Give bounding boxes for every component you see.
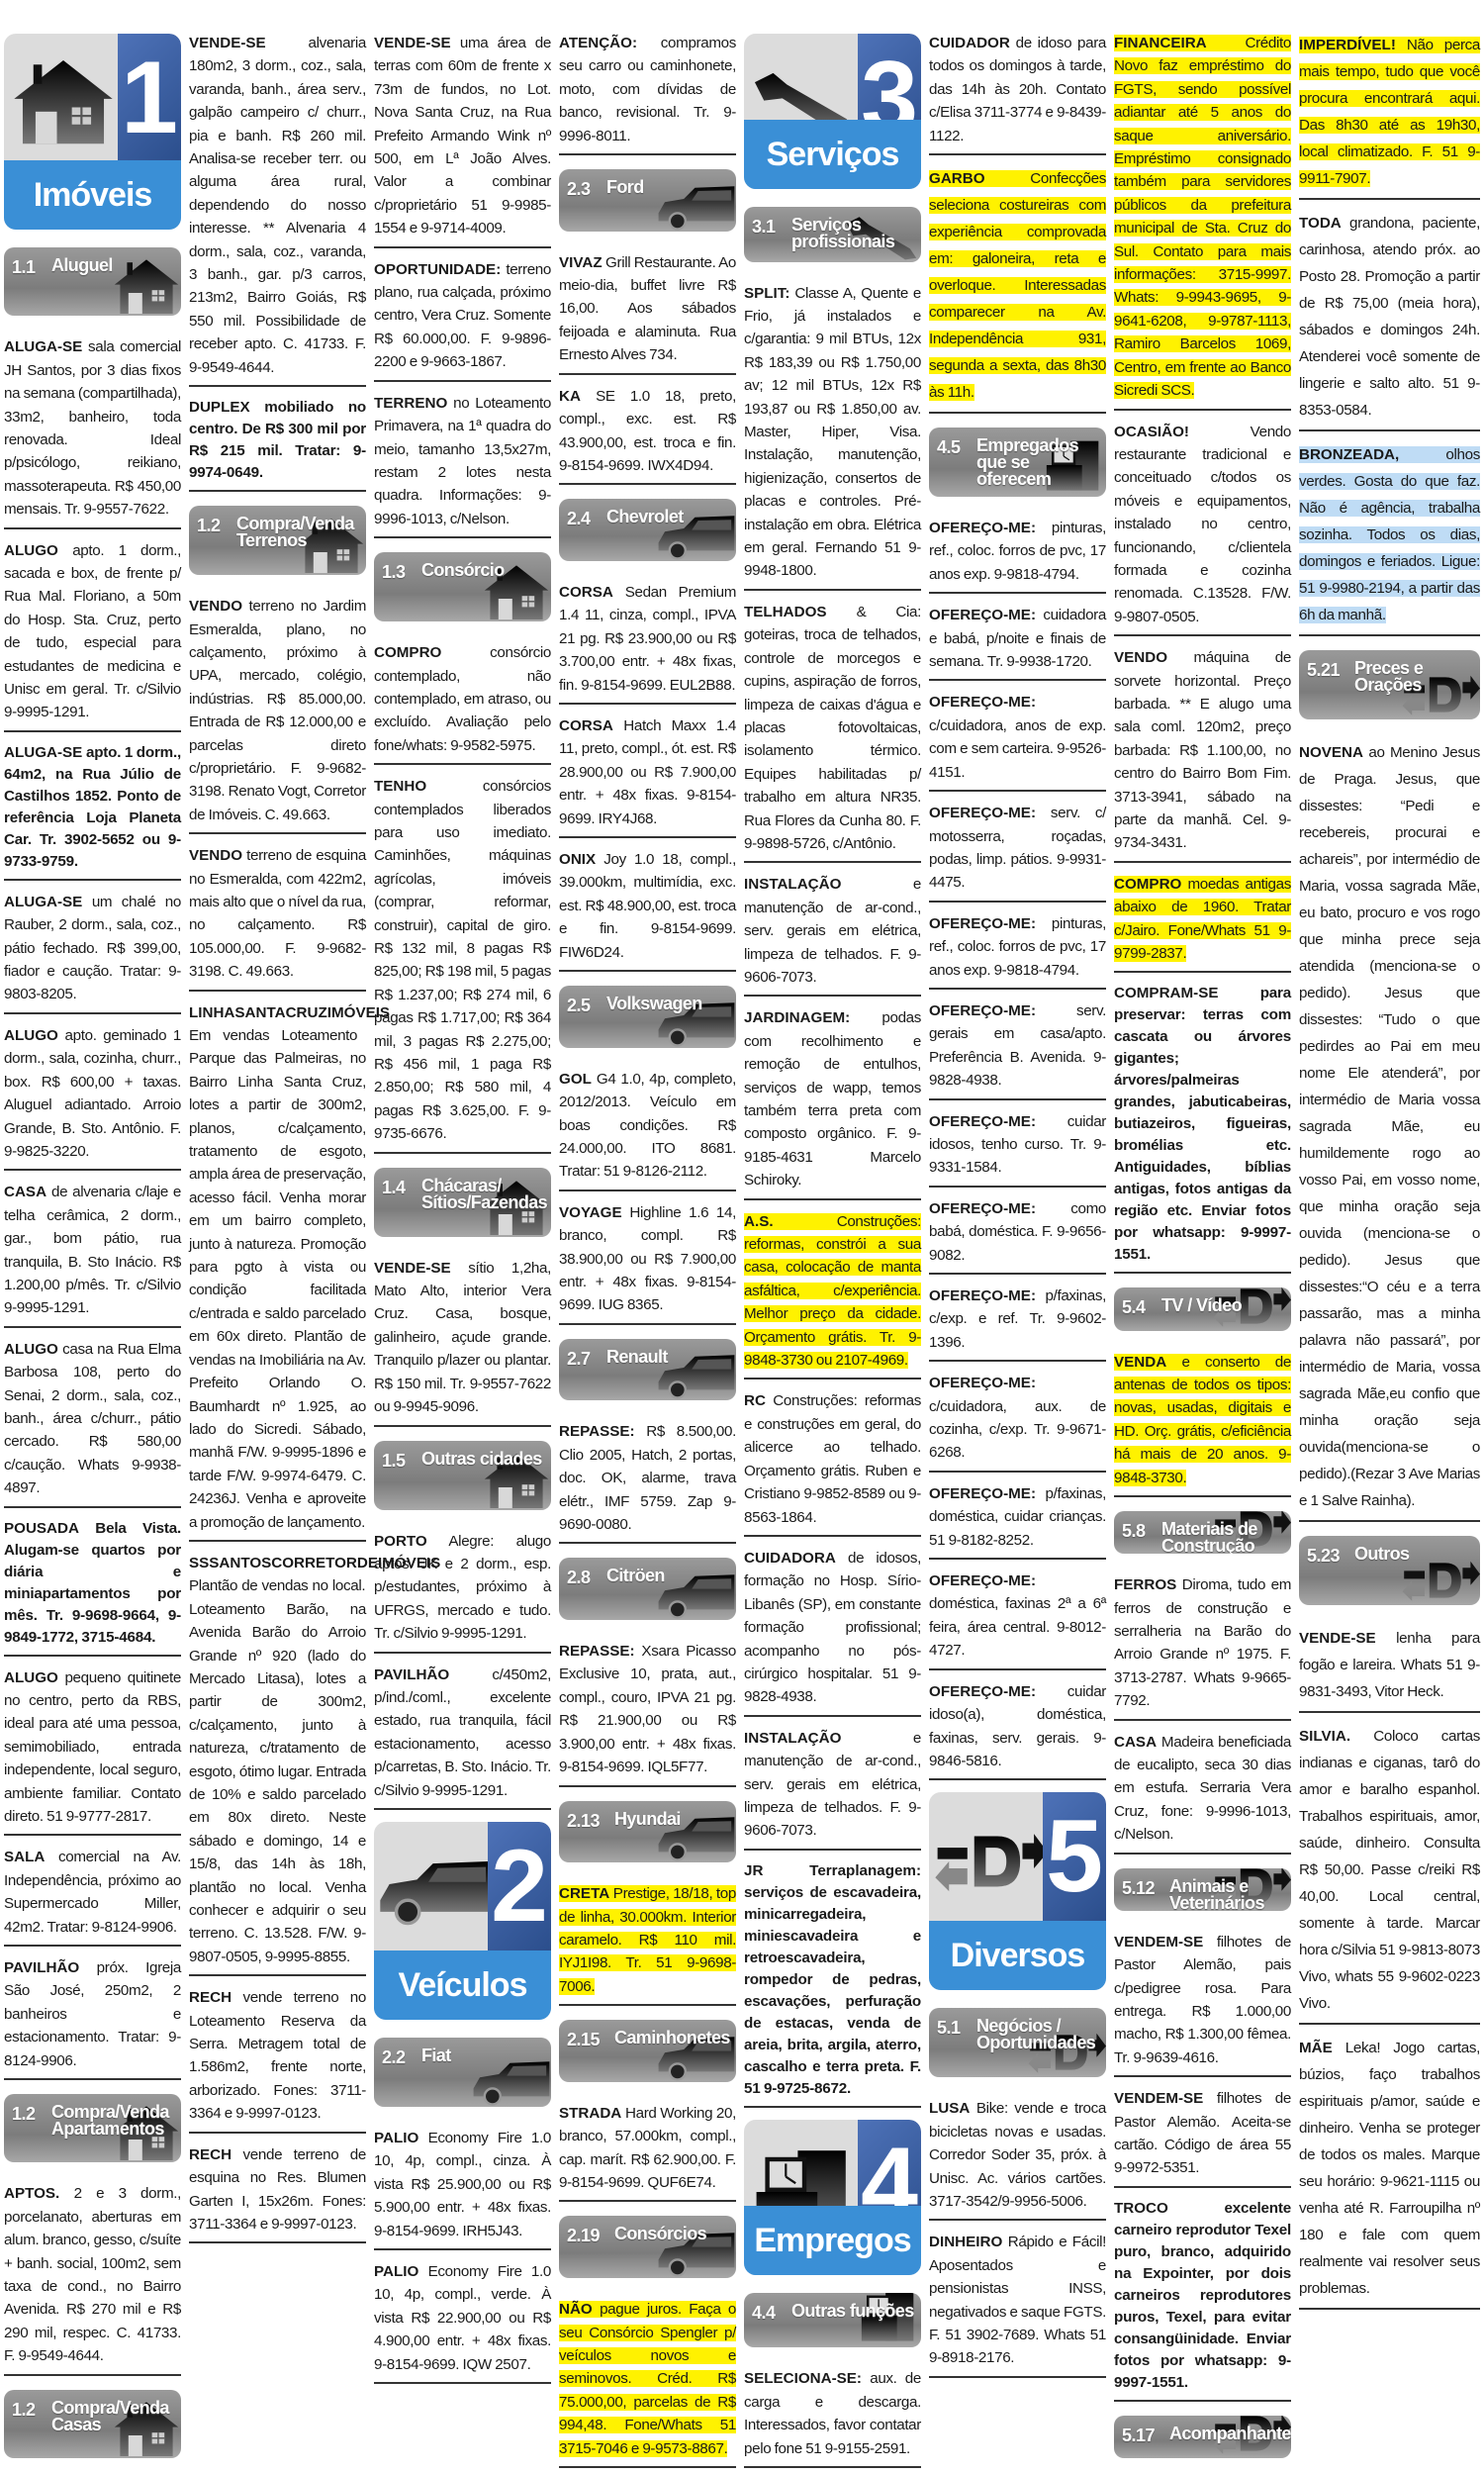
classified-ad: ONIX Joy 1.0 18, compl., 39.000km, multi… — [559, 844, 736, 972]
classified-ad: SSSANTOSCORRETORDEIMÓVEIS Plantão de ven… — [189, 1548, 366, 1976]
classified-ad: ALUGA-SE sala comercial JH Santos, por 3… — [4, 332, 181, 528]
section-header-empregos[interactable]: 4 Empregos — [744, 2120, 921, 2275]
subsection-title: Aluguel — [51, 257, 113, 274]
classified-ad: VENDO terreno no Jardim Esmeralda, plano… — [189, 591, 366, 834]
classified-ad: SELECIONA-SE: aux. de carga e descarga. … — [744, 2363, 921, 2468]
classified-ad: APTOS. 2 e 3 dorm., porcelanato, abertur… — [4, 2178, 181, 2375]
subsection-header-chacaras[interactable]: 1.4 Chácaras/ Sítios/Fazendas — [374, 1168, 551, 1237]
subsection-header-chevrolet[interactable]: 2.4 Chevrolet — [559, 499, 736, 561]
classified-ad: PAVILHÃO c/450m2, p/ind./coml., excelent… — [374, 1660, 551, 1810]
classified-ad: CUIDADORA de idosos, formação no Hosp. S… — [744, 1543, 921, 1717]
subsection-header-tv-video[interactable]: 5.4 TV / Vídeo — [1114, 1287, 1291, 1330]
subsection-header-terrenos[interactable]: 1.2 Compra/Venda Terrenos — [189, 506, 366, 575]
classified-ad: LINHASANTACRUZIMÓVEIS Em vendas Loteamen… — [189, 998, 366, 1542]
subsection-header-casas[interactable]: 1.2 Compra/Venda Casas — [4, 2390, 181, 2458]
classified-ad: VENDE-SE alvenaria 180m2, 3 dorm., coz.,… — [189, 28, 366, 387]
subsection-number: 1.1 — [12, 257, 36, 278]
section-header-servicos[interactable]: 3 Serviços — [744, 34, 921, 189]
classified-ad: TENHO consórcios contemplados liberados … — [374, 771, 551, 1154]
classified-ad: OFEREÇO-ME: c/cuidadora, aux. de cozinha… — [929, 1368, 1106, 1473]
car-icon — [374, 1822, 493, 1951]
classified-ad: GOL G4 1.0, 4p, completo, 2012/2013. Veí… — [559, 1064, 736, 1191]
subsection-header-apartamentos[interactable]: 1.2 Compra/Venda Apartamentos — [4, 2094, 181, 2162]
classified-ad: BRONZEADA, olhos verdes. Gosta do que fa… — [1299, 437, 1480, 636]
classified-ad: OFEREÇO-ME: cuidadora e babá, p/noite e … — [929, 600, 1106, 681]
classified-ad: ALUGO pequeno quitinete no centro, perto… — [4, 1663, 181, 1837]
classified-ad: LUSA Bike: vende e troca bicicletas nova… — [929, 2093, 1106, 2221]
section-title: Imóveis — [4, 160, 181, 230]
classified-ad: OFEREÇO-ME: pinturas, ref., coloc. forro… — [929, 908, 1106, 990]
classified-ad: OFEREÇO-ME: como babá, doméstica. F. 9-9… — [929, 1193, 1106, 1275]
classified-ad: OFEREÇO-ME: pinturas, ref., coloc. forro… — [929, 513, 1106, 594]
subsection-header-renault[interactable]: 2.7 Renault — [559, 1339, 736, 1401]
classified-ad: SPLIT: Classe A, Quente e Frio, já insta… — [744, 278, 921, 591]
classified-ad: COMPRO consórcio contemplado, não contem… — [374, 637, 551, 765]
car-icon — [472, 2057, 551, 2107]
classified-ad: VENDO máquina de sorvete horizontal. Pre… — [1114, 642, 1291, 863]
classified-ad: VENDE-SE lenha para fogão e lareira. Wha… — [1299, 1621, 1480, 1713]
classified-ad: VENDEM-SE filhotes de Pastor Alemão. Ace… — [1114, 2083, 1291, 2188]
classified-ad: INSTALAÇÃO e manutenção de ar-cond., ser… — [744, 1723, 921, 1851]
classified-ad: CASA Madeira beneficiada de eucalipto, s… — [1114, 1727, 1291, 1855]
column-8: IMPERDÍVEL! Não perca mais tempo, tudo q… — [1299, 28, 1480, 2474]
classified-ad: VOYAGE Highline 1.6 14, branco, compl. R… — [559, 1197, 736, 1325]
classified-ad: RECH vende terreno de esquina no Res. Bl… — [189, 2140, 366, 2244]
classified-ad: OFEREÇO-ME: p/faxinas, doméstica, cuidar… — [929, 1478, 1106, 1560]
classified-ad: OFEREÇO-ME: cuidar idosos, tenho curso. … — [929, 1106, 1106, 1188]
subsection-header-volkswagen[interactable]: 2.5 Volkswagen — [559, 986, 736, 1048]
subsection-header-outras-cidades[interactable]: 1.5 Outras cidades — [374, 1441, 551, 1510]
classified-ad: JARDINAGEM: podas com recolhimento e rem… — [744, 1002, 921, 1199]
classified-ad: GARBO Confecções seleciona costureiras c… — [929, 161, 1106, 414]
classified-ad: DINHEIRO Rápido e Fácil! Aposentados e p… — [929, 2227, 1106, 2377]
car-icon — [657, 1351, 736, 1400]
classified-ad: OFEREÇO-ME: c/cuidadora, anos de exp. co… — [929, 687, 1106, 792]
classified-ad: PALIO Economy Fire 1.0 10, 4p, compl., v… — [374, 2256, 551, 2384]
classified-ad: CORSA Sedan Premium 1.4 11, cinza, compl… — [559, 577, 736, 705]
classified-ad: SALA comercial na Av. Independência, pró… — [4, 1842, 181, 1947]
classified-ad: REPASSE: Xsara Picasso Exclusive 10, pra… — [559, 1636, 736, 1786]
classified-ad: PORTO Alegre: alugo aptos. JK e 2 dorm.,… — [374, 1526, 551, 1654]
subsection-header-hyundai[interactable]: 2.13 Hyundai — [559, 1801, 736, 1863]
classified-ad: INSTALAÇÃO e manutenção de ar-cond., ser… — [744, 869, 921, 997]
classified-ad: A.S. Construções: reformas, constrói a s… — [744, 1206, 921, 1380]
subsection-header-aluguel[interactable]: 1.1 Aluguel — [4, 247, 181, 316]
subsection-header-ford[interactable]: 2.3 Ford — [559, 169, 736, 232]
classified-ad: ALUGO apto. geminado 1 dorm., sala, cozi… — [4, 1020, 181, 1171]
column-3: VENDE-SE uma área de terras com 60m de f… — [374, 28, 551, 2474]
subsection-header-negocios[interactable]: 5.1 Negócios / Oportunidades — [929, 2008, 1106, 2077]
classified-ad: VIVAZ Grill Restaurante. Ao meio-dia, bu… — [559, 247, 736, 375]
classified-ad: TROCO excelente carneiro reprodutor Texe… — [1114, 2194, 1291, 2402]
section-header-imoveis[interactable]: 1 Imóveis — [4, 34, 181, 230]
classified-ad: NÃO pague juros. Faça o seu Consórcio Sp… — [559, 2294, 736, 2468]
house-icon — [4, 34, 123, 162]
classified-ad: CRETA Prestige, 18/18, top de linha, 30.… — [559, 1878, 736, 2006]
classified-ad: TODA grandona, paciente, carinhosa, aten… — [1299, 206, 1480, 431]
classified-ad: REPASSE: R$ 8.500,00. Clio 2005, Hatch, … — [559, 1416, 736, 1544]
column-2: VENDE-SE alvenaria 180m2, 3 dorm., coz.,… — [189, 28, 366, 2474]
classified-ad: ALUGA-SE um chalé no Rauber, 2 dorm., sa… — [4, 887, 181, 1014]
classified-ad: CUIDADOR de idoso para todos os domingos… — [929, 28, 1106, 155]
classified-ad: VENDO terreno de esquina no Esmeralda, c… — [189, 840, 366, 991]
classified-ad: PAVILHÃO próx. Igreja São José, 250m2, 2… — [4, 1952, 181, 2080]
car-icon — [657, 182, 736, 232]
subsection-header-animais[interactable]: 5.12 Animais e Veterinários — [1114, 1868, 1291, 1911]
classified-ad: TERRENO no Loteamento Primavera, na 1ª q… — [374, 388, 551, 538]
classified-ad: VENDE-SE uma área de terras com 60m de f… — [374, 28, 551, 248]
classified-ad: SILVIA. Coloco cartas indianas e ciganas… — [1299, 1719, 1480, 2025]
classified-ad: COMPRO moedas antigas abaixo de 1960. Tr… — [1114, 869, 1291, 974]
classified-ad: COMPRAM-SE para preservar: terras com ca… — [1114, 979, 1291, 1274]
column-4: ATENÇÃO: compramos seu carro ou caminhon… — [559, 28, 736, 2474]
classified-ad: OFEREÇO-ME: p/faxinas, c/exp. e ref. Tr.… — [929, 1281, 1106, 1362]
classified-ad: OFEREÇO-ME: serv. c/ motosserra, roçadas… — [929, 798, 1106, 903]
classified-ad: OPORTUNIDADE: terreno plano, rua calçada… — [374, 254, 551, 382]
classifieds-page: 1 Imóveis 1.1 Aluguel ALUGA-SE sala come… — [0, 0, 1484, 2474]
classified-ad: TELHADOS & Cia: goteiras, troca de telha… — [744, 597, 921, 863]
column-5: 3 Serviços 3.1 Serviços profissionais SP… — [744, 28, 921, 2474]
classified-ad: FINANCEIRA Crédito Novo faz empréstimo d… — [1114, 28, 1291, 411]
classified-ad: POUSADA Bela Vista. Alugam-se quartos po… — [4, 1514, 181, 1657]
classified-ad: VENDA e conserto de antenas de todos os … — [1114, 1347, 1291, 1497]
classified-ad: ALUGA-SE apto. 1 dorm., 64m2, na Rua Júl… — [4, 738, 181, 881]
classified-ad: OCASIÃO! Vendo restaurante tradicional e… — [1114, 417, 1291, 637]
classified-ad: OFEREÇO-ME: doméstica, faxinas 2ª a 6ª f… — [929, 1566, 1106, 1670]
classified-ad: PALIO Economy Fire 1.0 10, 4p, compl., c… — [374, 2123, 551, 2250]
classified-ad: ALUGO casa na Rua Elma Barbosa 108, pert… — [4, 1334, 181, 1508]
classified-ad: JR Terraplanagem: serviços de escavadeir… — [744, 1856, 921, 2108]
classified-ad: NOVENA ao Menino Jesus de Praga. Jesus, … — [1299, 735, 1480, 1522]
subsection-header-servicos-profissionais[interactable]: 3.1 Serviços profissionais — [744, 207, 921, 261]
section-number: 1 — [118, 34, 181, 162]
classified-ad: CASA de alvenaria c/laje e telha cerâmic… — [4, 1177, 181, 1327]
classified-ad: ALUGO apto. 1 dorm., sacada e box, de fr… — [4, 535, 181, 732]
subsection-header-consorcio[interactable]: 1.3 Consórcio — [374, 552, 551, 621]
section-header-diversos[interactable]: 5 Diversos — [929, 1792, 1106, 1990]
subsection-header-acompanhantes[interactable]: 5.17 Acompanhantes — [1114, 2416, 1291, 2458]
subsection-header-materiais[interactable]: 5.8 Materiais de Construção — [1114, 1511, 1291, 1554]
classified-ad: VENDE-SE sítio 1,2ha, Mato Alto, interio… — [374, 1253, 551, 1427]
house-icon — [112, 256, 181, 316]
subsection-header-consorcios[interactable]: 2.19 Consórcios — [559, 2216, 736, 2278]
subsection-header-citroen[interactable]: 2.8 Citröen — [559, 1558, 736, 1620]
subsection-header-outras-funcoes[interactable]: 4.4 Outras funções — [744, 2293, 921, 2347]
subsection-header-preces[interactable]: 5.21 Preces e Orações — [1299, 650, 1480, 719]
section-header-veiculos[interactable]: 2 Veículos — [374, 1822, 551, 2020]
classified-ad: FERROS Diroma, tudo em ferros de constru… — [1114, 1570, 1291, 1720]
classified-ad: RECH vende terreno no Loteamento Reserva… — [189, 1982, 366, 2133]
classified-ad: DUPLEX mobiliado no centro. De R$ 300 mi… — [189, 393, 366, 492]
classified-ad: STRADA Hard Working 20, branco, 57.000km… — [559, 2098, 736, 2203]
subsection-header-outros[interactable]: 5.23 Outros — [1299, 1536, 1480, 1605]
classified-ad: MÃE Leka! Jogo cartas, búzios, faço trab… — [1299, 2031, 1480, 2310]
classified-ad: ATENÇÃO: compramos seu carro ou caminhon… — [559, 28, 736, 155]
subsection-header-caminhonetes[interactable]: 2.15 Caminhonetes — [559, 2020, 736, 2082]
column-7: FINANCEIRA Crédito Novo faz empréstimo d… — [1114, 28, 1291, 2474]
classified-ad: CORSA Hatch Maxx 1.4 11, preto, compl., … — [559, 711, 736, 838]
subsection-header-empregados[interactable]: 4.5 Empregados que se oferecem — [929, 428, 1106, 497]
car-icon — [657, 1570, 736, 1620]
arrows-d-icon — [1401, 1556, 1480, 1605]
classified-ad: VENDEM-SE filhotes de Pastor Alemão, pai… — [1114, 1927, 1291, 2077]
classified-ad: OFEREÇO-ME: cuidar idoso(a), doméstica, … — [929, 1676, 1106, 1781]
arrows-d-icon — [929, 1792, 1048, 1921]
classified-ad: OFEREÇO-ME: serv. gerais em casa/apto. P… — [929, 996, 1106, 1100]
classified-ad: RC Construções: reformas e construções e… — [744, 1385, 921, 1536]
subsection-header-fiat[interactable]: 2.2 Fiat — [374, 2038, 551, 2107]
column-1: 1 Imóveis 1.1 Aluguel ALUGA-SE sala come… — [4, 28, 181, 2474]
classified-ad: IMPERDÍVEL! Não perca mais tempo, tudo q… — [1299, 28, 1480, 200]
classified-ad: KA SE 1.0 18, preto, compl., exc. est. R… — [559, 381, 736, 486]
column-6: CUIDADOR de idoso para todos os domingos… — [929, 28, 1106, 2474]
